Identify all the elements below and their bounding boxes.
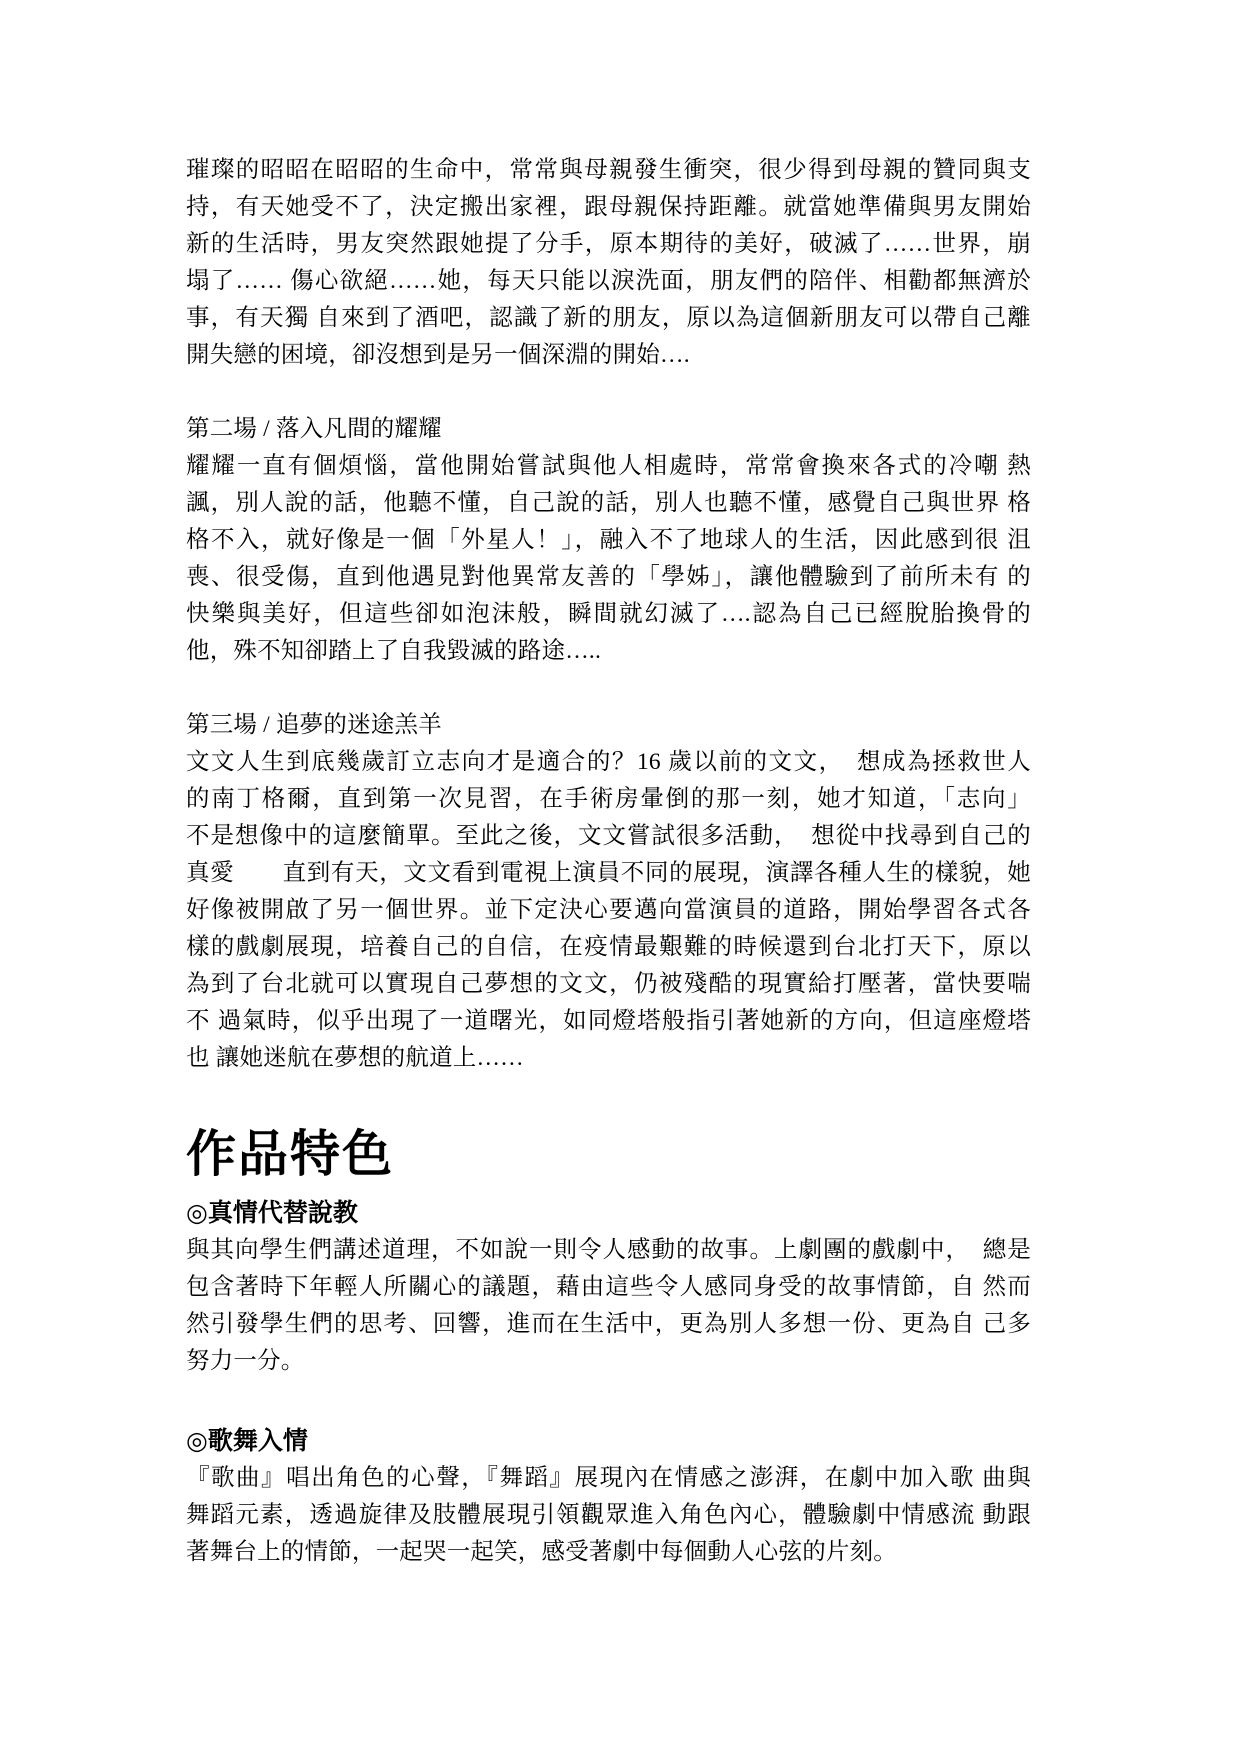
paragraph-line: 他，殊不知卻踏上了自我毀滅的路途….. <box>186 633 1031 670</box>
paragraph-line: 喪、很受傷，直到他遇見對他異常友善的「學姊」，讓他體驗到了前所未有 的 <box>186 559 1031 596</box>
paragraph-line: 耀耀一直有個煩惱，當他開始嘗試與他人相處時，常常會換來各式的冷嘲 熱 <box>186 448 1031 485</box>
paragraph-line: 事，有天獨 自來到了酒吧，認識了新的朋友，原以為這個新朋友可以帶自己離 <box>186 300 1031 337</box>
paragraph-line: 為到了台北就可以實現自己夢想的文文，仍被殘酷的現實給打壓著，當快要喘 <box>186 966 1031 1003</box>
spacer <box>186 374 1031 411</box>
paragraph-line: 努力一分。 <box>186 1343 1031 1380</box>
paragraph-line: 與其向學生們講述道理，不如說一則令人感動的故事。上劇團的戲劇中， 總是 <box>186 1232 1031 1269</box>
paragraph-line: 『歌曲』唱出角色的心聲，『舞蹈』展現內在情感之澎湃，在劇中加入歌 曲與 <box>186 1460 1031 1497</box>
paragraph-line: 快樂與美好，但這些卻如泡沫般，瞬間就幻滅了….認為自己已經脫胎換骨的 <box>186 596 1031 633</box>
scene2-section: 第二場 / 落入凡間的耀耀 耀耀一直有個煩惱，當他開始嘗試與他人相處時，常常會換… <box>186 411 1031 670</box>
paragraph-line: 開失戀的困境，卻沒想到是另一個深淵的開始…. <box>186 337 1031 374</box>
spacer <box>186 1380 1031 1417</box>
paragraph-line: 包含著時下年輕人所關心的議題，藉由這些令人感同身受的故事情節，自 然而 <box>186 1269 1031 1306</box>
feature-section-heading: ◎歌舞入情 <box>186 1423 1031 1460</box>
feature-section-heading: ◎真情代替說教 <box>186 1195 1031 1232</box>
paragraph-line: 塌了…… 傷心欲絕……她，每天只能以淚洗面，朋友們的陪伴、相勸都無濟於 <box>186 263 1031 300</box>
paragraph-line: 不 過氣時，似乎出現了一道曙光，如同燈塔般指引著她新的方向，但這座燈塔 <box>186 1003 1031 1040</box>
feature-section-1: ◎真情代替說教 與其向學生們講述道理，不如說一則令人感動的故事。上劇團的戲劇中，… <box>186 1195 1031 1380</box>
paragraph-line: 諷，別人說的話，他聽不懂，自己說的話，別人也聽不懂，感覺自己與世界 格 <box>186 485 1031 522</box>
document-page: 璀璨的昭昭在昭昭的生命中，常常與母親發生衝突，很少得到母親的贊同與支 持，有天她… <box>186 0 1031 1571</box>
paragraph-line: 舞蹈元素，透過旋律及肢體展現引領觀眾進入角色內心，體驗劇中情感流 動跟 <box>186 1497 1031 1534</box>
paragraph-line: 好像被開啟了另一個世界。並下定決心要邁向當演員的道路，開始學習各式各 <box>186 892 1031 929</box>
paragraph-line: 樣的戲劇展現，培養自己的自信，在疫情最艱難的時候還到台北打天下，原以 <box>186 929 1031 966</box>
spacer <box>186 670 1031 707</box>
scene2-heading: 第二場 / 落入凡間的耀耀 <box>186 411 1031 448</box>
paragraph-line: 的南丁格爾，直到第一次見習，在手術房暈倒的那一刻，她才知道，「志向」 <box>186 781 1031 818</box>
scene3-heading: 第三場 / 追夢的迷途羔羊 <box>186 707 1031 744</box>
paragraph-line: 不是想像中的這麼簡單。至此之後，文文嘗試很多活動， 想從中找尋到自己的 <box>186 818 1031 855</box>
paragraph-line: 璀璨的昭昭在昭昭的生命中，常常與母親發生衝突，很少得到母親的贊同與支 <box>186 152 1031 189</box>
paragraph-line: 然引發學生們的思考、回響，進而在生活中，更為別人多想一份、更為自 己多 <box>186 1306 1031 1343</box>
intro-paragraph: 璀璨的昭昭在昭昭的生命中，常常與母親發生衝突，很少得到母親的贊同與支 持，有天她… <box>186 152 1031 374</box>
paragraph-line: 新的生活時，男友突然跟她提了分手，原本期待的美好，破滅了……世界，崩 <box>186 226 1031 263</box>
paragraph-line: 也 讓她迷航在夢想的航道上…… <box>186 1040 1031 1077</box>
scene3-section: 第三場 / 追夢的迷途羔羊 文文人生到底幾歲訂立志向才是適合的？16 歲以前的文… <box>186 707 1031 1077</box>
paragraph-line: 持，有天她受不了，決定搬出家裡，跟母親保持距離。就當她準備與男友開始 <box>186 189 1031 226</box>
features-title: 作品特色 <box>186 1119 1031 1189</box>
paragraph-line: 格不入，就好像是一個「外星人！」，融入不了地球人的生活，因此感到很 沮 <box>186 522 1031 559</box>
paragraph-line: 文文人生到底幾歲訂立志向才是適合的？16 歲以前的文文， 想成為拯救世人 <box>186 744 1031 781</box>
paragraph-line: 真愛 直到有天，文文看到電視上演員不同的展現，演譯各種人生的樣貌，她 <box>186 855 1031 892</box>
paragraph-line: 著舞台上的情節，一起哭一起笑，感受著劇中每個動人心弦的片刻。 <box>186 1534 1031 1571</box>
feature-section-2: ◎歌舞入情 『歌曲』唱出角色的心聲，『舞蹈』展現內在情感之澎湃，在劇中加入歌 曲… <box>186 1423 1031 1571</box>
